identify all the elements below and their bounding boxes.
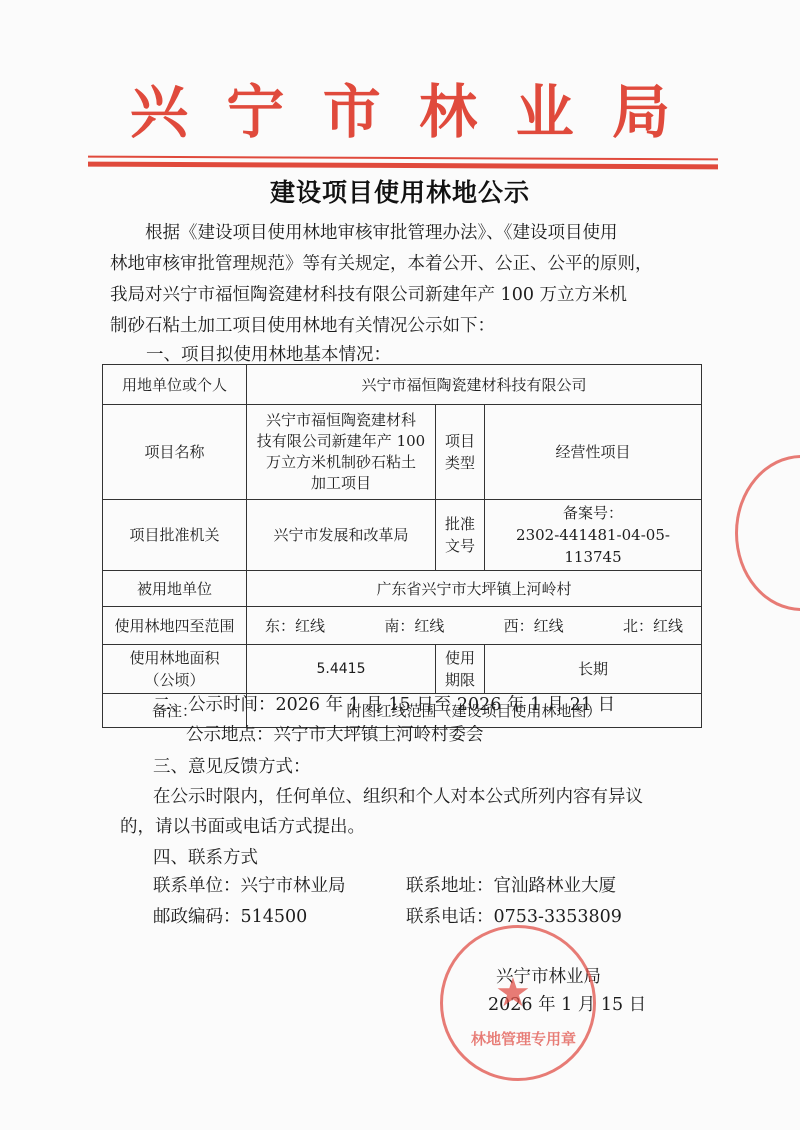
- bound-east: 东：红线: [265, 615, 325, 637]
- signature-org: 兴宁市林业局: [496, 963, 601, 988]
- masthead-char: 局: [612, 72, 670, 152]
- project-name-line: 万立方米机制砂石粘土: [251, 452, 431, 473]
- stamp-bottom-text: 林地管理专用章: [471, 1028, 576, 1049]
- masthead-char: 业: [516, 72, 574, 152]
- intro-line: 林地审核审批管理规范》等有关规定，本着公开、公正、公平的原则，: [110, 249, 700, 280]
- approval-org-label: 项目批准机关: [103, 500, 247, 571]
- masthead-char: 宁: [226, 72, 284, 152]
- land-owner-label: 被用地单位: [103, 571, 247, 607]
- area-label: 使用林地面积 （公顷）: [103, 645, 247, 694]
- contact-unit: 联系单位：兴宁市林业局: [153, 872, 346, 897]
- project-name-label: 项目名称: [103, 405, 247, 500]
- masthead: 兴 宁 市 林 业 局: [0, 72, 800, 152]
- masthead-char: 林: [419, 72, 477, 152]
- header-divider-thick: [88, 162, 718, 170]
- approval-doc-number: 2302-441481-04-05-113745: [489, 524, 697, 568]
- term-value: 长期: [485, 645, 702, 694]
- land-owner-value: 广东省兴宁市大坪镇上河岭村: [247, 571, 702, 607]
- project-name-value: 兴宁市福恒陶瓷建材科 技有限公司新建年产 100 万立方米机制砂石粘土 加工项目: [247, 405, 436, 500]
- approval-doc-label: 批准文号: [436, 500, 485, 571]
- contact-postcode: 邮政编码：514500: [153, 903, 307, 928]
- section3-heading: 三、意见反馈方式：: [153, 752, 311, 783]
- approval-doc-value: 备案号： 2302-441481-04-05-113745: [485, 500, 702, 571]
- intro-line: 我局对兴宁市福恒陶瓷建材科技有限公司新建年产 100 万立方米机: [110, 280, 700, 311]
- contact-address: 联系地址：官汕路林业大厦: [406, 872, 616, 897]
- project-name-line: 技有限公司新建年产 100: [251, 431, 431, 452]
- area-label-unit: （公顷）: [107, 669, 242, 691]
- notice-location: 公示地点：兴宁市大坪镇上河岭村委会: [186, 720, 484, 751]
- term-label: 使用期限: [436, 645, 485, 694]
- signature-date: 2026 年 1 月 15 日: [488, 991, 646, 1016]
- bounds-value: 东：红线 南：红线 西：红线 北：红线: [247, 607, 702, 645]
- edge-seal-stamp: [735, 455, 800, 611]
- project-name-line: 兴宁市福恒陶瓷建材科: [251, 410, 431, 431]
- bound-south: 南：红线: [384, 615, 444, 637]
- contact-phone: 联系电话：0753-3353809: [406, 903, 622, 928]
- bounds-label: 使用林地四至范围: [103, 607, 247, 645]
- document-title: 建设项目使用林地公示: [0, 173, 800, 209]
- feedback-line: 的，请以书面或电话方式提出。: [120, 812, 365, 843]
- project-name-line: 加工项目: [251, 473, 431, 494]
- header-divider-thin: [88, 156, 718, 161]
- project-type-value: 经营性项目: [485, 405, 702, 500]
- applicant-value: 兴宁市福恒陶瓷建材科技有限公司: [247, 365, 702, 405]
- applicant-label: 用地单位或个人: [103, 365, 247, 405]
- bound-west: 西：红线: [504, 615, 564, 637]
- project-info-table: 用地单位或个人 兴宁市福恒陶瓷建材科技有限公司 项目名称 兴宁市福恒陶瓷建材科 …: [102, 364, 702, 728]
- masthead-char: 市: [323, 72, 381, 152]
- approval-doc-title: 备案号：: [489, 502, 697, 524]
- masthead-char: 兴: [130, 72, 188, 152]
- bound-north: 北：红线: [623, 615, 683, 637]
- intro-line: 根据《建设项目使用林地审核审批管理办法》、《建设项目使用: [110, 218, 700, 249]
- approval-org-value: 兴宁市发展和改革局: [247, 500, 436, 571]
- notice-period: 二、公示时间：2026 年 1 月 15 日至 2026 年 1 月 21 日: [153, 690, 615, 721]
- feedback-line: 在公示时限内，任何单位、组织和个人对本公式所列内容有异议: [153, 782, 643, 813]
- project-type-label: 项目类型: [436, 405, 485, 500]
- section4-heading: 四、联系方式: [153, 843, 258, 874]
- area-label-line: 使用林地面积: [107, 647, 242, 669]
- area-value: 5.4415: [247, 645, 436, 694]
- intro-line: 制砂石粘土加工项目使用林地有关情况公示如下：: [110, 311, 700, 342]
- intro-paragraph: 根据《建设项目使用林地审核审批管理办法》、《建设项目使用 林地审核审批管理规范》…: [110, 218, 700, 342]
